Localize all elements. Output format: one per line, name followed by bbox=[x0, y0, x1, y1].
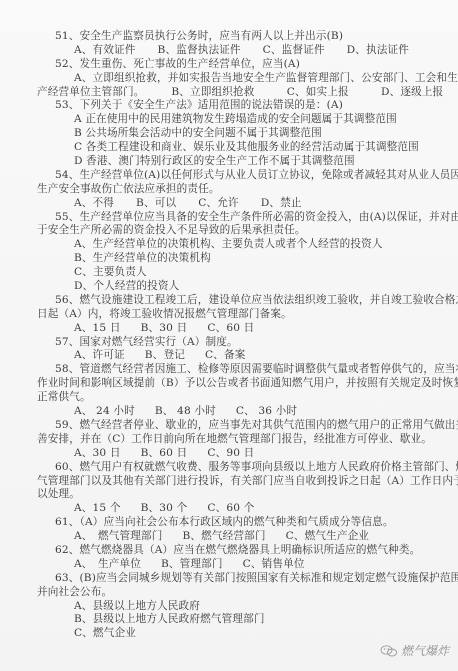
question-text-continued: 并向社会公布。 bbox=[37, 586, 417, 600]
option: B、登记 bbox=[145, 349, 185, 363]
option: B、 48 小时 bbox=[155, 405, 216, 419]
option: D、执法证件 bbox=[347, 44, 409, 58]
options-row: A、 生产单位B、管理部门C、销售单位 bbox=[37, 558, 417, 572]
option: C、销售单位 bbox=[243, 558, 305, 572]
options-row: A、15 个B、30 个C、60 个 bbox=[37, 502, 417, 516]
options-row: A、许可证B、登记C、备案 bbox=[37, 349, 417, 363]
question-59: 59、燃气经营者停业、歇业的，应当事先对其供气范围内的燃气用户的正常用气做出妥善… bbox=[37, 419, 417, 461]
option: A、生产经营单位的决策机构、主要负责人或者个人经营的投资人 bbox=[37, 238, 417, 252]
question-text-continued: 以处理。 bbox=[37, 488, 417, 502]
question-text-continued: 生产安全事故伤亡依法应承担的责任。 bbox=[37, 183, 417, 197]
option: C、60 日 bbox=[207, 322, 254, 336]
watermark-text: 燃气爆炸 bbox=[401, 642, 449, 659]
wechat-icon bbox=[380, 645, 398, 657]
option: B、可以 bbox=[136, 197, 176, 211]
option: C、燃气企业 bbox=[37, 627, 417, 641]
question-text: 53、下列关于《安全生产法》适用范围的说法错误的是：(A) bbox=[37, 99, 417, 113]
question-51: 51、安全生产监察员执行公务时，应当有两人以上并出示(B)A、有效证件B、监督执… bbox=[37, 30, 417, 58]
question-62: 62、燃气燃烧器具（A）应当在燃气燃烧器具上明确标识所适应的燃气种类。A、 生产… bbox=[37, 544, 417, 572]
option: B、管理部门 bbox=[161, 558, 223, 572]
question-text: 56、燃气设施建设工程竣工后，建设单位应当依法组织竣工验收，并自竣工验收合格之 bbox=[37, 294, 417, 308]
option: C 各类工程建设和商业、娱乐业及其他服务业的经营活动属于其调整范围 bbox=[37, 141, 417, 155]
option: C、燃气生产企业 bbox=[286, 530, 369, 544]
question-text: 54、生产经营单位(A)以任何形式与从业人员订立协议，免除或者减轻其对从业人员因 bbox=[37, 169, 417, 183]
question-text: 57、国家对燃气经营实行（A）制度。 bbox=[37, 336, 417, 350]
question-54: 54、生产经营单位(A)以任何形式与从业人员订立协议，免除或者减轻其对从业人员因… bbox=[37, 169, 417, 211]
option: A、15 日 bbox=[74, 322, 121, 336]
question-63: 63、(B)应当会同城乡规划等有关部门按照国家有关标准和规定划定燃气设施保护范围… bbox=[37, 572, 417, 641]
watermark: 燃气爆炸 bbox=[380, 642, 449, 659]
question-61: 61、（A）应当向社会公布本行政区域内的燃气种类和气质成分等信息。A、 燃气管理… bbox=[37, 516, 417, 544]
question-55: 55、生产经营单位应当具备的安全生产条件所必需的资金投入，由(A)以保证，并对由… bbox=[37, 211, 417, 294]
question-text-continued: 善安排，并在（C）工作日前向所在地燃气管理部门报告，经批准方可停业、歇业。 bbox=[37, 433, 417, 447]
option: C、主要负责人 bbox=[37, 266, 417, 280]
option: C、60 个 bbox=[207, 502, 254, 516]
question-53: 53、下列关于《安全生产法》适用范围的说法错误的是：(A)A 正在使用中的民用建… bbox=[37, 99, 417, 168]
option: A、 生产单位 bbox=[74, 558, 141, 572]
option: D、禁止 bbox=[261, 197, 302, 211]
option: A、立即组织抢救，并如实报告当地安全生产监督管理部门、公安部门、工会和生 bbox=[37, 72, 417, 86]
option: A、许可证 bbox=[74, 349, 125, 363]
question-58: 58、管道燃气经营者因施工、检修等原因需要临时调整供气量或者暂停供气的，应当将作… bbox=[37, 363, 417, 419]
option: C、 36 小时 bbox=[236, 405, 297, 419]
question-text: 60、燃气用户有权就燃气收费、服务等事项向县级以上地方人民政府价格主管部门、燃 bbox=[37, 461, 417, 475]
option: A、30 日 bbox=[74, 447, 121, 461]
question-52: 52、发生重伤、死亡事故的生产经营单位，应当(A)A、立即组织抢救，并如实报告当… bbox=[37, 58, 417, 100]
option: C、90 日 bbox=[207, 447, 254, 461]
option: A、 燃气管理部门 bbox=[74, 530, 162, 544]
option: B、生产经营单位的决策机构 bbox=[37, 252, 417, 266]
option: B、监督执法证件 bbox=[158, 44, 241, 58]
option: A、15 个 bbox=[74, 502, 121, 516]
option: B、60 日 bbox=[141, 447, 188, 461]
question-57: 57、国家对燃气经营实行（A）制度。A、许可证B、登记C、备案 bbox=[37, 336, 417, 364]
option: C、备案 bbox=[205, 349, 246, 363]
question-text-continued: 正常供气。 bbox=[37, 391, 417, 405]
question-text-continued: 作业时间和影响区域提前（B）予以公告或者书面通知燃气用户，并按照有关规定及时恢复 bbox=[37, 377, 417, 391]
option: B、燃气经营部门 bbox=[182, 530, 265, 544]
option: D 香港、澳门特别行政区的安全生产工作不属于其调整范围 bbox=[37, 155, 417, 169]
options-row: A、 燃气管理部门B、燃气经营部门C、燃气生产企业 bbox=[37, 530, 417, 544]
question-text: 61、（A）应当向社会公布本行政区域内的燃气种类和气质成分等信息。 bbox=[37, 516, 417, 530]
question-60: 60、燃气用户有权就燃气收费、服务等事项向县级以上地方人民政府价格主管部门、燃气… bbox=[37, 461, 417, 517]
option: C、监督证件 bbox=[263, 44, 325, 58]
options-row: A、不得B、可以C、允许D、禁止 bbox=[37, 197, 417, 211]
question-text: 52、发生重伤、死亡事故的生产经营单位，应当(A) bbox=[37, 58, 417, 72]
question-text-continued: 于安全生产所必需的资金投入不足导致的后果承担责任。 bbox=[37, 224, 417, 238]
options-row: A、 24 小时B、 48 小时C、 36 小时 bbox=[37, 405, 417, 419]
question-text: 58、管道燃气经营者因施工、检修等原因需要临时调整供气量或者暂停供气的，应当将 bbox=[37, 363, 417, 377]
options-row: A、30 日B、60 日C、90 日 bbox=[37, 447, 417, 461]
question-text: 59、燃气经营者停业、歇业的，应当事先对其供气范围内的燃气用户的正常用气做出妥 bbox=[37, 419, 417, 433]
question-text: 55、生产经营单位应当具备的安全生产条件所必需的资金投入，由(A)以保证，并对由 bbox=[37, 211, 417, 225]
option: A、有效证件 bbox=[74, 44, 136, 58]
question-text-continued: 气管理部门以及其他有关部门进行投诉，有关部门应当自收到投诉之日起（A）工作日内予 bbox=[37, 475, 417, 489]
option: B、30 个 bbox=[141, 502, 188, 516]
option: A、 24 小时 bbox=[74, 405, 135, 419]
question-56: 56、燃气设施建设工程竣工后，建设单位应当依法组织竣工验收，并自竣工验收合格之日… bbox=[37, 294, 417, 336]
question-text: 51、安全生产监察员执行公务时，应当有两人以上并出示(B) bbox=[37, 30, 417, 44]
option: B、县级以上地方人民政府燃气管理部门 bbox=[37, 613, 417, 627]
question-text: 63、(B)应当会同城乡规划等有关部门按照国家有关标准和规定划定燃气设施保护范围… bbox=[37, 572, 417, 586]
question-text: 62、燃气燃烧器具（A）应当在燃气燃烧器具上明确标识所适应的燃气种类。 bbox=[37, 544, 417, 558]
option: D、个人经营的投资人 bbox=[37, 280, 417, 294]
document-page: 51、安全生产监察员执行公务时，应当有两人以上并出示(B)A、有效证件B、监督执… bbox=[0, 0, 458, 671]
option: C、允许 bbox=[198, 197, 239, 211]
option: A、不得 bbox=[74, 197, 114, 211]
question-text-continued: 日起（A）内，将竣工验收情况报燃气管理部门备案。 bbox=[37, 308, 417, 322]
option: B、30 日 bbox=[141, 322, 188, 336]
option-continued: 产经营单位主管部门。 B、立即组织抢救 C、如实上报 D、逐级上报 bbox=[37, 86, 417, 100]
options-row: A、15 日B、30 日C、60 日 bbox=[37, 322, 417, 336]
option: B 公共场所集会活动中的安全问题不属于其调整范围 bbox=[37, 127, 417, 141]
option: A 正在使用中的民用建筑物发生跨塌造成的安全问题属于其调整范围 bbox=[37, 113, 417, 127]
options-row: A、有效证件B、监督执法证件C、监督证件D、执法证件 bbox=[37, 44, 417, 58]
option: A、县级以上地方人民政府 bbox=[37, 600, 417, 614]
question-list: 51、安全生产监察员执行公务时，应当有两人以上并出示(B)A、有效证件B、监督执… bbox=[37, 30, 417, 641]
